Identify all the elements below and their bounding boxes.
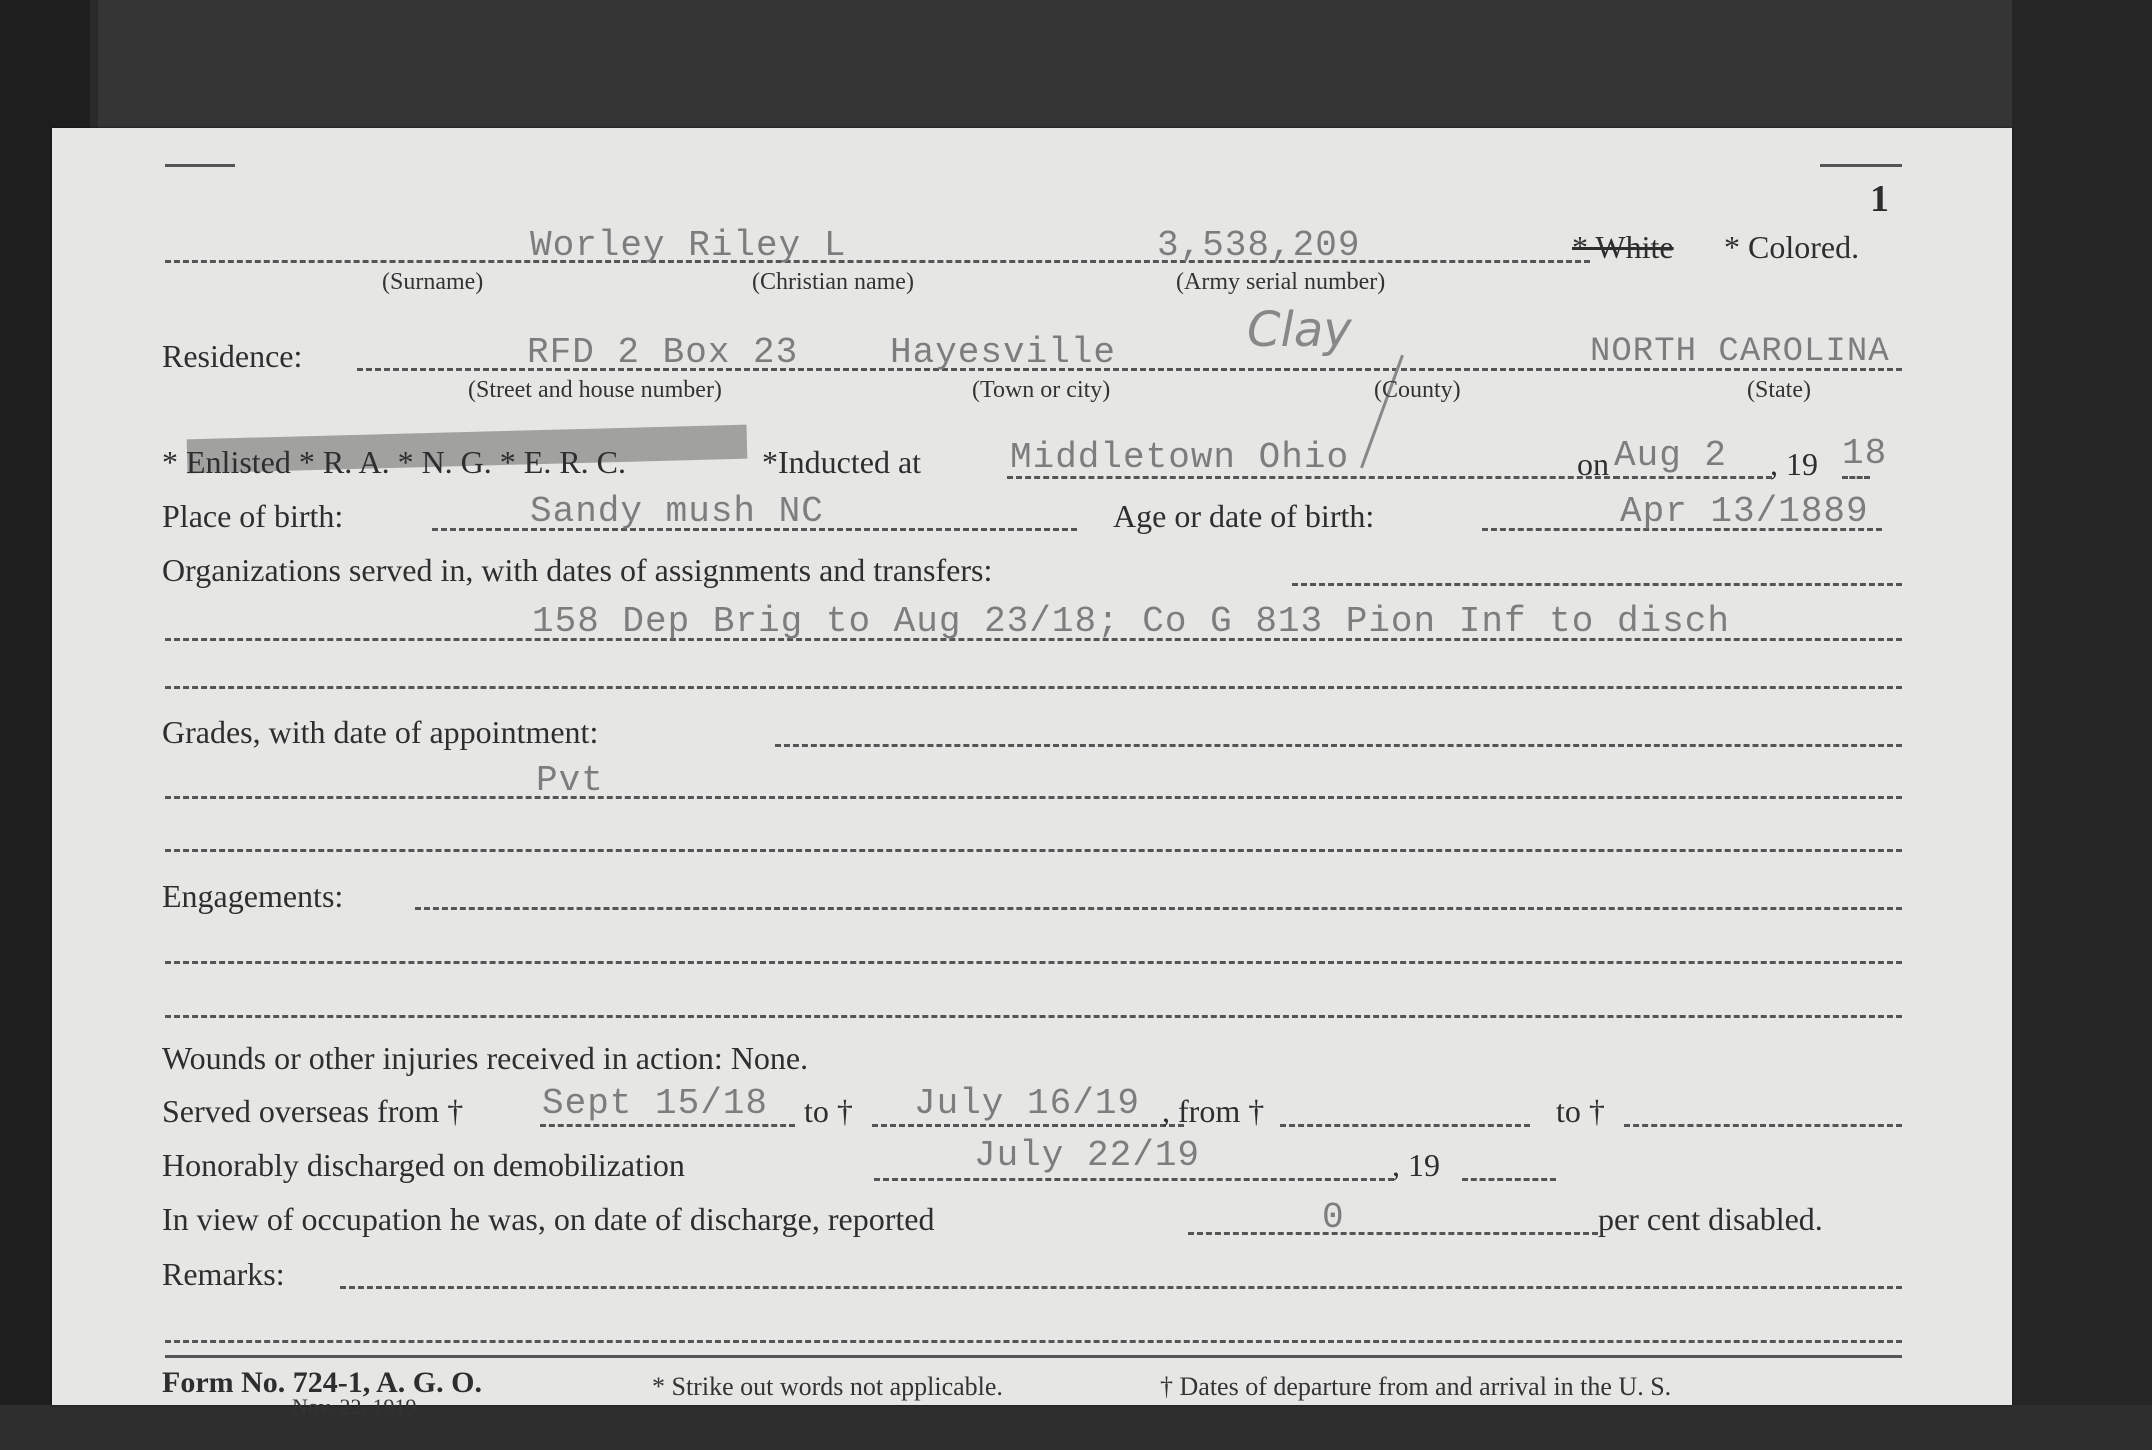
discharge-date-line [874, 1178, 1394, 1181]
on-label: on [1577, 448, 1609, 480]
overseas-to-value: July 16/19 [914, 1086, 1140, 1122]
strike-note: * Strike out words not applicable. [652, 1374, 1003, 1400]
year-prefix: , 19 [1770, 448, 1818, 480]
serial-value: 3,538,209 [1157, 228, 1360, 264]
dates-note: † Dates of departure from and arrival in… [1160, 1374, 1671, 1400]
organizations-line-0 [1292, 583, 1902, 586]
page-number: 1 [1870, 180, 1889, 218]
grades-line-1 [165, 796, 1902, 799]
grades-line-0 [775, 744, 1902, 747]
grades-label: Grades, with date of appointment: [162, 716, 598, 748]
induction-year: 18 [1842, 436, 1887, 472]
discharge-label: Honorably discharged on demobilization [162, 1149, 685, 1181]
induction-date-line [1614, 476, 1772, 479]
engagements-label: Engagements: [162, 880, 343, 912]
organizations-value: 158 Dep Brig to Aug 23/18; Co G 813 Pion… [532, 604, 1730, 640]
surname-caption: (Surname) [382, 270, 483, 294]
overseas-from-line [540, 1124, 795, 1127]
overseas-to-line [872, 1124, 1184, 1127]
service-record-card: 1 Worley Riley L 3,538,209 (Surname) (Ch… [52, 128, 2012, 1405]
organizations-line-2 [165, 686, 1902, 689]
engagements-line-0 [415, 907, 1902, 910]
name-line [165, 260, 1590, 263]
remarks-line-0 [340, 1286, 1902, 1289]
overseas-from2-line [1280, 1124, 1530, 1127]
engagements-line-2 [165, 1015, 1902, 1018]
street-caption: (Street and house number) [468, 378, 722, 402]
disability-label: In view of occupation he was, on date of… [162, 1203, 934, 1235]
town-caption: (Town or city) [972, 378, 1110, 402]
form-date: Nov. 22, 1919 [292, 1396, 416, 1418]
wounds-label: Wounds or other injuries received in act… [162, 1042, 808, 1074]
enlisted-options: * Enlisted * R. A. * N. G. * E. R. C. [162, 446, 626, 478]
overseas-from2-label: , from † [1162, 1095, 1264, 1127]
residence-county: Clay [1247, 306, 1352, 354]
county-caption: (County) [1374, 378, 1461, 402]
footer-rule [165, 1355, 1902, 1358]
remarks-line-1 [165, 1340, 1902, 1343]
discharge-year-line [1462, 1178, 1556, 1181]
scanner-background-strip [90, 0, 98, 140]
discharge-year-label: , 19 [1392, 1149, 1440, 1181]
overseas-to-label: to † [804, 1095, 853, 1127]
grades-value: Pvt [536, 763, 604, 799]
top-right-rule [1820, 164, 1902, 167]
serial-caption: (Army serial number) [1176, 270, 1385, 294]
induction-date: Aug 2 [1614, 438, 1727, 474]
residence-state: NORTH CAROLINA [1590, 335, 1890, 369]
disability-suffix: per cent disabled. [1598, 1203, 1823, 1235]
top-left-rule [165, 164, 235, 167]
overseas-from-value: Sept 15/18 [542, 1086, 768, 1122]
discharge-date-value: July 22/19 [974, 1138, 1200, 1174]
place-of-birth-value: Sandy mush NC [530, 494, 824, 530]
county-slash-mark [1360, 355, 1404, 469]
residence-label: Residence: [162, 340, 302, 372]
engagements-line-1 [165, 961, 1902, 964]
overseas-to2-line [1624, 1124, 1902, 1127]
overseas-label: Served overseas from † [162, 1095, 463, 1127]
age-label: Age or date of birth: [1113, 500, 1374, 532]
inducted-label: *Inducted at [762, 446, 921, 478]
year-line [1842, 476, 1870, 479]
overseas-to2-label: to † [1556, 1095, 1605, 1127]
organizations-label: Organizations served in, with dates of a… [162, 554, 992, 586]
name-value: Worley Riley L [530, 228, 846, 264]
scanner-background-right [2012, 0, 2152, 1450]
remarks-label: Remarks: [162, 1258, 285, 1290]
race-colored: * Colored. [1724, 231, 1859, 263]
state-caption: (State) [1747, 378, 1811, 402]
birth-date-value: Apr 13/1889 [1620, 494, 1869, 530]
race-white-struck: * White [1572, 231, 1674, 263]
christian-name-caption: (Christian name) [752, 270, 914, 294]
residence-town: Hayesville [890, 335, 1116, 371]
place-of-birth-label: Place of birth: [162, 500, 343, 532]
residence-street: RFD 2 Box 23 [527, 335, 798, 371]
disability-line [1188, 1232, 1598, 1235]
inducted-at-value: Middletown Ohio [1010, 440, 1349, 476]
disability-value: 0 [1322, 1200, 1345, 1236]
grades-line-2 [165, 849, 1902, 852]
